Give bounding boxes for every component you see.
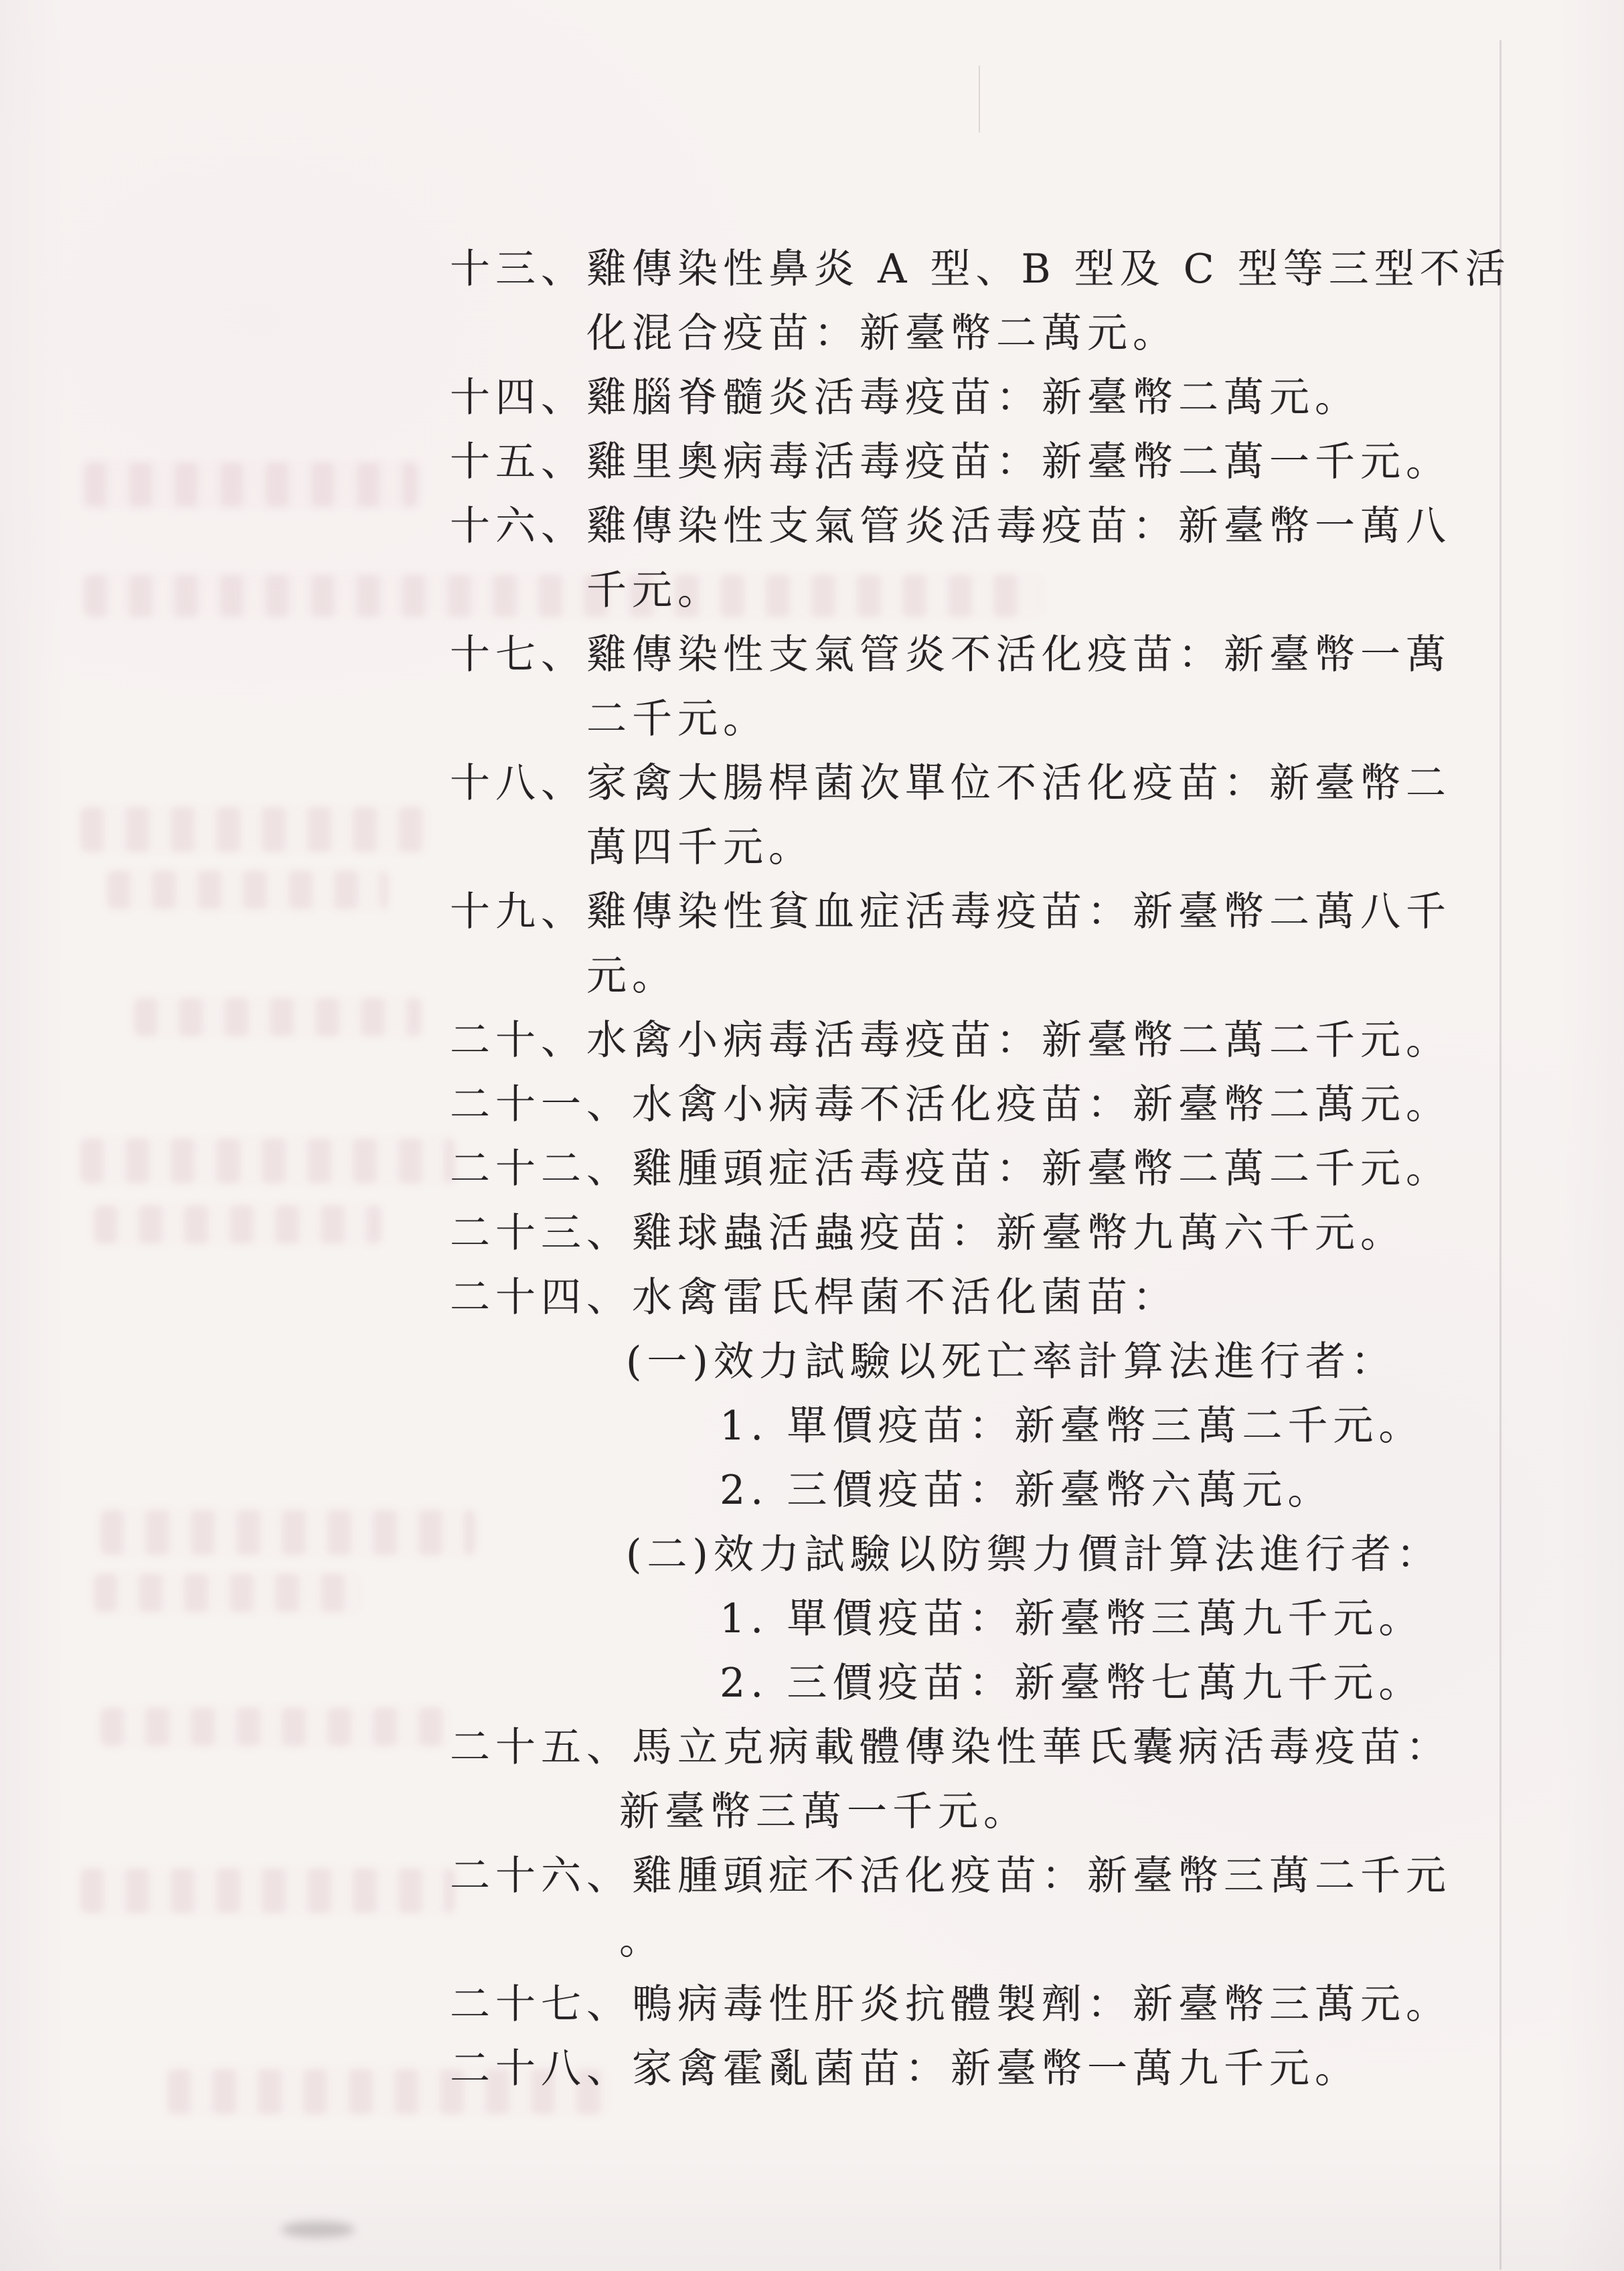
document-line: 。 — [619, 1917, 665, 1963]
vertical-scan-line — [979, 66, 980, 133]
document-line: 二十一、水禽小病毒不活化疫苗：新臺幣二萬元。 — [450, 1082, 1451, 1127]
document-line: 二十七、鴨病毒性肝炎抗體製劑：新臺幣三萬元。 — [450, 1982, 1451, 2027]
bleed-through-mark — [84, 574, 1041, 617]
vertical-scan-line — [1499, 40, 1501, 2270]
scan-smudge — [281, 2221, 355, 2238]
document-line: 萬四千元。 — [586, 825, 814, 870]
document-line: (一)效力試驗以死亡率計算法進行者： — [626, 1339, 1396, 1385]
document-line: 十五、雞里奧病毒活毒疫苗：新臺幣二萬一千元。 — [450, 439, 1451, 485]
bleed-through-mark — [100, 1707, 449, 1746]
scanned-page: 十三、雞傳染性鼻炎 A 型、B 型及 C 型等三型不活化混合疫苗：新臺幣二萬元。… — [0, 0, 1624, 2271]
document-line: 二十、水禽小病毒活毒疫苗：新臺幣二萬二千元。 — [450, 1018, 1451, 1063]
bleed-through-mark — [134, 998, 422, 1036]
document-line: 1. 單價疫苗：新臺幣三萬二千元。 — [720, 1403, 1424, 1449]
bleed-through-mark — [80, 1138, 455, 1184]
document-line: 十六、雞傳染性支氣管炎活毒疫苗：新臺幣一萬八 — [450, 503, 1451, 549]
document-line: 二十四、水禽雷氏桿菌不活化菌苗： — [450, 1275, 1178, 1320]
document-line: 十八、家禽大腸桿菌次單位不活化疫苗：新臺幣二 — [450, 761, 1451, 806]
document-line: 十三、雞傳染性鼻炎 A 型、B 型及 C 型等三型不活 — [450, 246, 1511, 292]
document-line: 十七、雞傳染性支氣管炎不活化疫苗：新臺幣一萬 — [450, 632, 1451, 678]
document-line: 二十五、馬立克病載體傳染性華氏囊病活毒疫苗： — [450, 1725, 1451, 1770]
bleed-through-mark — [94, 1205, 382, 1244]
document-line: 二十八、家禽霍亂菌苗：新臺幣一萬九千元。 — [450, 2046, 1360, 2092]
document-line: 十四、雞腦脊髓炎活毒疫苗：新臺幣二萬元。 — [450, 375, 1360, 420]
bleed-through-mark — [80, 807, 428, 852]
bleed-through-mark — [100, 1510, 475, 1555]
document-line: 十九、雞傳染性貧血症活毒疫苗：新臺幣二萬八千 — [450, 889, 1451, 935]
document-line: 新臺幣三萬一千元。 — [619, 1789, 1029, 1834]
document-line: 化混合疫苗：新臺幣二萬元。 — [586, 311, 1178, 356]
document-line: (二)效力試驗以防禦力價計算法進行者： — [626, 1532, 1442, 1577]
document-line: 二千元。 — [586, 696, 768, 742]
document-line: 2. 三價疫苗：新臺幣六萬元。 — [720, 1468, 1333, 1513]
document-line: 二十二、雞腫頭症活毒疫苗：新臺幣二萬二千元。 — [450, 1146, 1451, 1192]
bleed-through-mark — [80, 1868, 455, 1913]
bleed-through-mark — [94, 1573, 361, 1612]
bleed-through-mark — [107, 870, 388, 909]
document-line: 二十六、雞腫頭症不活化疫苗：新臺幣三萬二千元 — [450, 1853, 1451, 1899]
document-line: 千元。 — [586, 568, 723, 613]
document-line: 2. 三價疫苗：新臺幣七萬九千元。 — [720, 1660, 1424, 1706]
document-line: 二十三、雞球蟲活蟲疫苗：新臺幣九萬六千元。 — [450, 1210, 1406, 1256]
bleed-through-mark — [84, 462, 418, 507]
document-line: 元。 — [586, 953, 677, 999]
document-line: 1. 單價疫苗：新臺幣三萬九千元。 — [720, 1596, 1424, 1642]
